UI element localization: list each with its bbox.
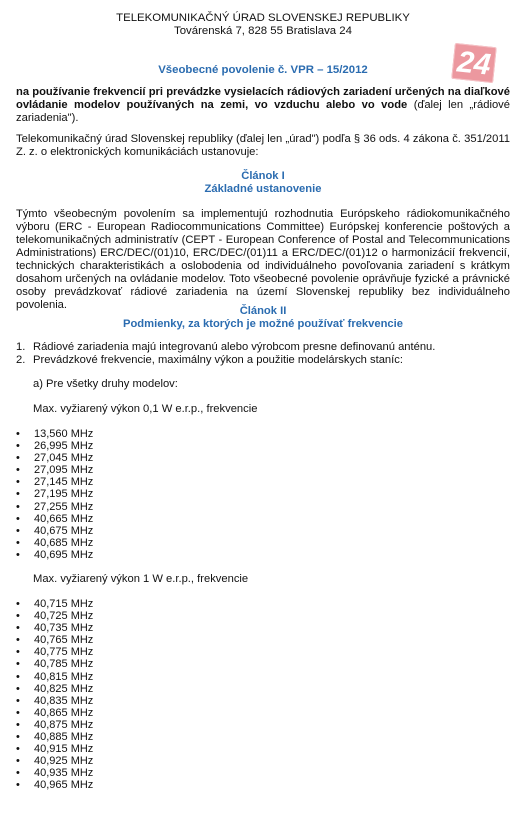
bullet-icon: • bbox=[16, 428, 20, 440]
bullet-icon: • bbox=[16, 646, 20, 658]
frequency-value: 26,995 MHz bbox=[34, 440, 93, 452]
frequency-item: •40,885 MHz bbox=[16, 731, 93, 743]
frequency-item: •27,045 MHz bbox=[16, 452, 93, 464]
bullet-icon: • bbox=[16, 707, 20, 719]
bullet-icon: • bbox=[16, 767, 20, 779]
frequency-item: •13,560 MHz bbox=[16, 428, 93, 440]
bullet-icon: • bbox=[16, 464, 20, 476]
bullet-icon: • bbox=[16, 731, 20, 743]
frequency-value: 40,735 MHz bbox=[34, 622, 93, 634]
frequency-item: •40,665 MHz bbox=[16, 513, 93, 525]
frequency-item: •40,925 MHz bbox=[16, 755, 93, 767]
frequency-item: •27,095 MHz bbox=[16, 464, 93, 476]
article-2-heading: Článok II Podmienky, za ktorých je možné… bbox=[16, 305, 510, 331]
bullet-icon: • bbox=[16, 610, 20, 622]
bullet-icon: • bbox=[16, 525, 20, 537]
article-1-body: Týmto všeobecným povolením sa implementu… bbox=[16, 208, 510, 312]
bullet-icon: • bbox=[16, 488, 20, 500]
frequency-value: 40,935 MHz bbox=[34, 767, 93, 779]
bullet-icon: • bbox=[16, 501, 20, 513]
frequency-item: •40,865 MHz bbox=[16, 707, 93, 719]
bullet-icon: • bbox=[16, 440, 20, 452]
frequency-item: •40,715 MHz bbox=[16, 598, 93, 610]
bullet-icon: • bbox=[16, 755, 20, 767]
frequency-value: 40,885 MHz bbox=[34, 731, 93, 743]
article-2-title: Podmienky, za ktorých je možné používať … bbox=[16, 318, 510, 331]
frequency-value: 40,965 MHz bbox=[34, 779, 93, 791]
frequency-value: 40,865 MHz bbox=[34, 707, 93, 719]
frequency-item: •40,675 MHz bbox=[16, 525, 93, 537]
article-1-heading: Článok I Základné ustanovenie bbox=[16, 170, 510, 196]
condition-text: Rádiové zariadenia majú integrovanú aleb… bbox=[33, 341, 435, 353]
condition-item: 2. Prevádzkové frekvencie, maximálny výk… bbox=[16, 354, 510, 367]
conditions-list: 1. Rádiové zariadenia majú integrovanú a… bbox=[16, 341, 510, 367]
frequency-value: 27,195 MHz bbox=[34, 488, 93, 500]
frequency-item: •40,835 MHz bbox=[16, 695, 93, 707]
frequency-item: •40,775 MHz bbox=[16, 646, 93, 658]
bullet-icon: • bbox=[16, 598, 20, 610]
bullet-icon: • bbox=[16, 537, 20, 549]
bullet-icon: • bbox=[16, 743, 20, 755]
article-2-number: Článok II bbox=[16, 305, 510, 318]
frequency-value: 40,925 MHz bbox=[34, 755, 93, 767]
frequency-value: 40,685 MHz bbox=[34, 537, 93, 549]
frequency-value: 40,675 MHz bbox=[34, 525, 93, 537]
frequency-list-1w: •40,715 MHz•40,725 MHz•40,735 MHz•40,765… bbox=[16, 598, 93, 792]
frequency-list-0-1w: •13,560 MHz•26,995 MHz•27,045 MHz•27,095… bbox=[16, 428, 93, 561]
frequency-value: 40,875 MHz bbox=[34, 719, 93, 731]
frequency-value: 40,725 MHz bbox=[34, 610, 93, 622]
frequency-item: •40,825 MHz bbox=[16, 683, 93, 695]
24-logo-icon: 24 bbox=[451, 43, 497, 83]
frequency-value: 13,560 MHz bbox=[34, 428, 93, 440]
frequency-item: •27,195 MHz bbox=[16, 488, 93, 500]
frequency-value: 27,045 MHz bbox=[34, 452, 93, 464]
frequency-item: •27,145 MHz bbox=[16, 476, 93, 488]
condition-number: 2. bbox=[16, 354, 25, 367]
permit-title: Všeobecné povolenie č. VPR – 15/2012 bbox=[16, 64, 510, 77]
condition-text: Prevádzkové frekvencie, maximálny výkon … bbox=[33, 354, 403, 366]
authority-name: TELEKOMUNIKAČNÝ ÚRAD SLOVENSKEJ REPUBLIK… bbox=[16, 12, 510, 25]
authority-address: Továrenská 7, 828 55 Bratislava 24 bbox=[16, 25, 510, 38]
bullet-icon: • bbox=[16, 658, 20, 670]
condition-number: 1. bbox=[16, 341, 25, 354]
frequency-item: •27,255 MHz bbox=[16, 501, 93, 513]
frequency-item: •40,695 MHz bbox=[16, 549, 93, 561]
condition-item: 1. Rádiové zariadenia majú integrovanú a… bbox=[16, 341, 510, 354]
frequency-item: •40,875 MHz bbox=[16, 719, 93, 731]
article-1-number: Článok I bbox=[16, 170, 510, 183]
frequency-value: 40,825 MHz bbox=[34, 683, 93, 695]
power-group-1-label: Max. vyžiarený výkon 0,1 W e.r.p., frekv… bbox=[33, 403, 257, 416]
frequency-item: •26,995 MHz bbox=[16, 440, 93, 452]
frequency-value: 40,835 MHz bbox=[34, 695, 93, 707]
bullet-icon: • bbox=[16, 476, 20, 488]
bullet-icon: • bbox=[16, 622, 20, 634]
permit-subject: na používanie frekvencií pri prevádzke v… bbox=[16, 86, 510, 125]
frequency-value: 27,095 MHz bbox=[34, 464, 93, 476]
frequency-item: •40,815 MHz bbox=[16, 671, 93, 683]
frequency-item: •40,765 MHz bbox=[16, 634, 93, 646]
subsection-a: a) Pre všetky druhy modelov: bbox=[33, 378, 178, 391]
power-group-2-label: Max. vyžiarený výkon 1 W e.r.p., frekven… bbox=[33, 573, 248, 586]
article-1-title: Základné ustanovenie bbox=[16, 183, 510, 196]
frequency-item: •40,915 MHz bbox=[16, 743, 93, 755]
legal-basis: Telekomunikačný úrad Slovenskej republik… bbox=[16, 133, 510, 159]
bullet-icon: • bbox=[16, 513, 20, 525]
frequency-value: 40,785 MHz bbox=[34, 658, 93, 670]
bullet-icon: • bbox=[16, 452, 20, 464]
bullet-icon: • bbox=[16, 683, 20, 695]
frequency-value: 40,915 MHz bbox=[34, 743, 93, 755]
frequency-item: •40,935 MHz bbox=[16, 767, 93, 779]
frequency-value: 27,145 MHz bbox=[34, 476, 93, 488]
frequency-item: •40,785 MHz bbox=[16, 658, 93, 670]
frequency-value: 40,695 MHz bbox=[34, 549, 93, 561]
frequency-value: 40,765 MHz bbox=[34, 634, 93, 646]
frequency-item: •40,735 MHz bbox=[16, 622, 93, 634]
frequency-value: 27,255 MHz bbox=[34, 501, 93, 513]
frequency-item: •40,965 MHz bbox=[16, 779, 93, 791]
frequency-value: 40,665 MHz bbox=[34, 513, 93, 525]
bullet-icon: • bbox=[16, 634, 20, 646]
frequency-item: •40,685 MHz bbox=[16, 537, 93, 549]
bullet-icon: • bbox=[16, 779, 20, 791]
frequency-value: 40,775 MHz bbox=[34, 646, 93, 658]
bullet-icon: • bbox=[16, 549, 20, 561]
frequency-value: 40,815 MHz bbox=[34, 671, 93, 683]
bullet-icon: • bbox=[16, 719, 20, 731]
frequency-value: 40,715 MHz bbox=[34, 598, 93, 610]
bullet-icon: • bbox=[16, 695, 20, 707]
frequency-item: •40,725 MHz bbox=[16, 610, 93, 622]
bullet-icon: • bbox=[16, 671, 20, 683]
